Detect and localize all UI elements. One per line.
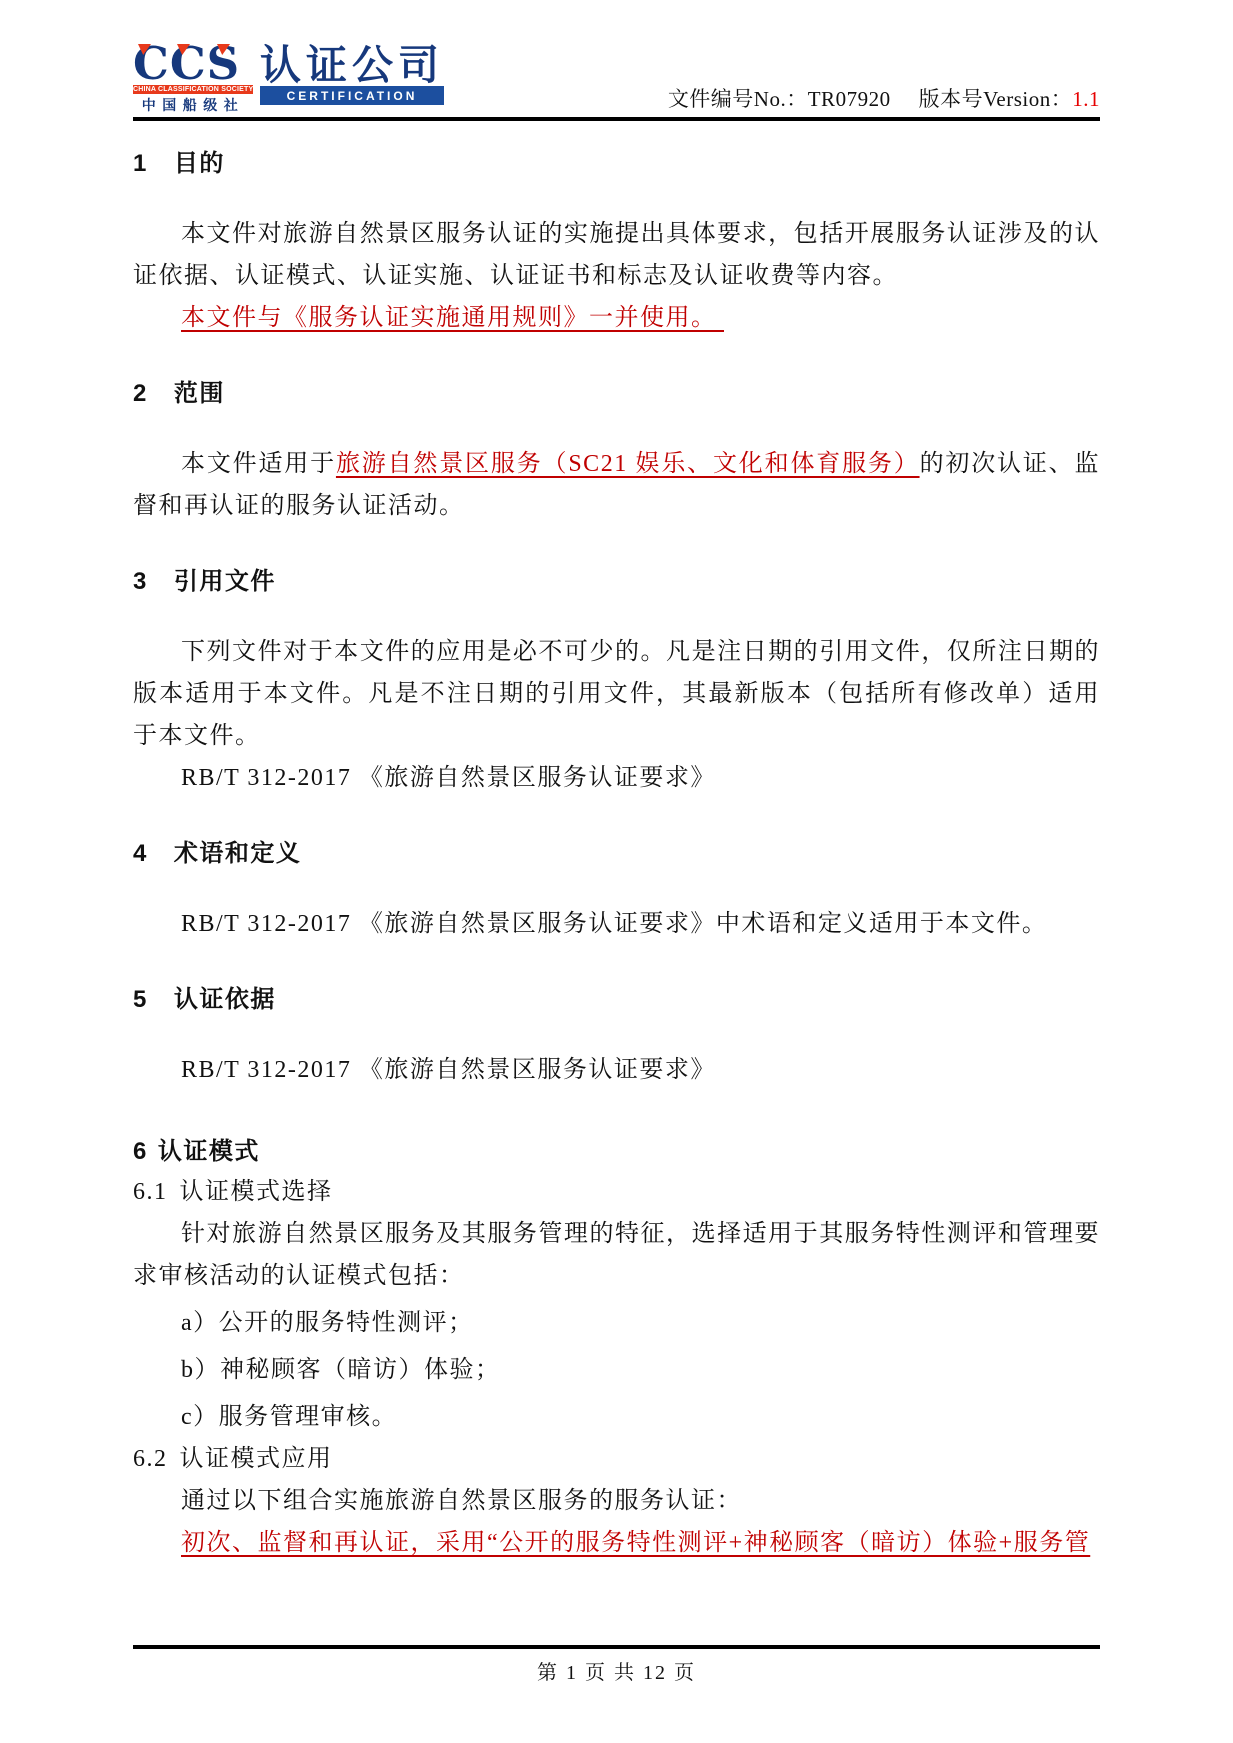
footer-divider — [133, 1645, 1100, 1649]
section-6-1-heading: 6.1 认证模式选择 — [133, 1171, 1100, 1213]
red-underlined-text: 本文件与《服务认证实施通用规则》一并使用。 — [181, 305, 724, 331]
ccs-logo-wordmark: 认证公司 CERTIFICATION — [260, 45, 444, 105]
ccs-logo-mark: CCS CHINA CLASSIFICATION SOCIETY 中国船级社 — [133, 45, 253, 115]
section-number: 3 — [133, 567, 148, 597]
section-3-reference: RB/T 312-2017 《旅游自然景区服务认证要求》 — [133, 757, 1100, 799]
section-3-heading: 3 引用文件 — [133, 567, 1100, 597]
doc-number-value: TR07920 — [808, 87, 891, 111]
header-divider — [133, 117, 1100, 121]
ccs-logo: CCS CHINA CLASSIFICATION SOCIETY 中国船级社 认… — [133, 45, 444, 115]
section-6-2-heading: 6.2 认证模式应用 — [133, 1438, 1100, 1480]
document-meta: 文件编号No.：TR07920版本号Version：1.1 — [668, 83, 1100, 115]
list-item: b）神秘顾客（暗访）体验； — [133, 1349, 1100, 1391]
section-1-heading: 1 目的 — [133, 149, 1100, 179]
red-underlined-text: 初次、监督和再认证，采用“公开的服务特性测评+神秘顾客（暗访）体验+服务管 — [181, 1530, 1090, 1556]
certification-mode-list: a）公开的服务特性测评； b）神秘顾客（暗访）体验； c）服务管理审核。 — [133, 1302, 1100, 1438]
section-number: 5 — [133, 985, 148, 1015]
list-item: a）公开的服务特性测评； — [133, 1302, 1100, 1344]
subsection-title: 认证模式选择 — [180, 1171, 333, 1213]
page-footer: 第 1 页 共 12 页 — [133, 1645, 1100, 1685]
document-page: CCS CHINA CLASSIFICATION SOCIETY 中国船级社 认… — [0, 0, 1233, 1743]
section-title: 目的 — [174, 149, 225, 179]
subsection-number: 6.2 — [133, 1438, 168, 1480]
page-number: 第 1 页 共 12 页 — [133, 1656, 1100, 1685]
document-body: 1 目的 本文件对旅游自然景区服务认证的实施提出具体要求，包括开展服务认证涉及的… — [133, 149, 1100, 1564]
section-1-paragraph: 本文件对旅游自然景区服务认证的实施提出具体要求，包括开展服务认证涉及的认证依据、… — [133, 213, 1100, 297]
section-title: 认证依据 — [174, 985, 276, 1015]
section-6-2-note: 初次、监督和再认证，采用“公开的服务特性测评+神秘顾客（暗访）体验+服务管 — [133, 1522, 1100, 1564]
section-title: 范围 — [174, 379, 225, 409]
section-2-heading: 2 范围 — [133, 379, 1100, 409]
version-value: 1.1 — [1072, 87, 1100, 111]
section-4-heading: 4 术语和定义 — [133, 839, 1100, 869]
logo-banner-text: CHINA CLASSIFICATION SOCIETY — [133, 85, 253, 94]
section-1-note: 本文件与《服务认证实施通用规则》一并使用。 — [133, 297, 1100, 339]
subsection-title: 认证模式应用 — [180, 1438, 333, 1480]
section-6-2-paragraph: 通过以下组合实施旅游自然景区服务的服务认证： — [133, 1480, 1100, 1522]
section-6-1-paragraph: 针对旅游自然景区服务及其服务管理的特征，选择适用于其服务特性测评和管理要求审核活… — [133, 1213, 1100, 1297]
section-title: 认证模式 — [158, 1137, 260, 1167]
section-3-paragraph: 下列文件对于本文件的应用是必不可少的。凡是注日期的引用文件，仅所注日期的版本适用… — [133, 631, 1100, 757]
ccs-logo-text: CCS — [133, 45, 253, 83]
subsection-number: 6.1 — [133, 1171, 168, 1213]
logo-company-name: 认证公司 — [260, 45, 444, 85]
logo-society-name: 中国船级社 — [133, 95, 253, 115]
section-number: 6 — [133, 1137, 148, 1167]
version-label: 版本号Version： — [919, 87, 1073, 111]
doc-number-label: 文件编号No.： — [668, 87, 808, 111]
page-header: CCS CHINA CLASSIFICATION SOCIETY 中国船级社 认… — [133, 53, 1100, 115]
section-4-paragraph: RB/T 312-2017 《旅游自然景区服务认证要求》中术语和定义适用于本文件… — [133, 903, 1100, 945]
section-6-heading: 6 认证模式 — [133, 1137, 1100, 1167]
section-title: 引用文件 — [174, 567, 276, 597]
section-number: 1 — [133, 149, 148, 179]
list-item: c）服务管理审核。 — [133, 1396, 1100, 1438]
section-number: 2 — [133, 379, 148, 409]
section-number: 4 — [133, 839, 148, 869]
section-2-paragraph: 本文件适用于旅游自然景区服务（SC21 娱乐、文化和体育服务）的初次认证、监督和… — [133, 443, 1100, 527]
section-title: 术语和定义 — [174, 839, 302, 869]
red-underlined-text: 旅游自然景区服务（SC21 娱乐、文化和体育服务） — [336, 451, 920, 477]
logo-certification-bar: CERTIFICATION — [260, 86, 444, 105]
section-5-reference: RB/T 312-2017 《旅游自然景区服务认证要求》 — [133, 1049, 1100, 1091]
text-run: 本文件适用于 — [181, 451, 336, 477]
section-5-heading: 5 认证依据 — [133, 985, 1100, 1015]
